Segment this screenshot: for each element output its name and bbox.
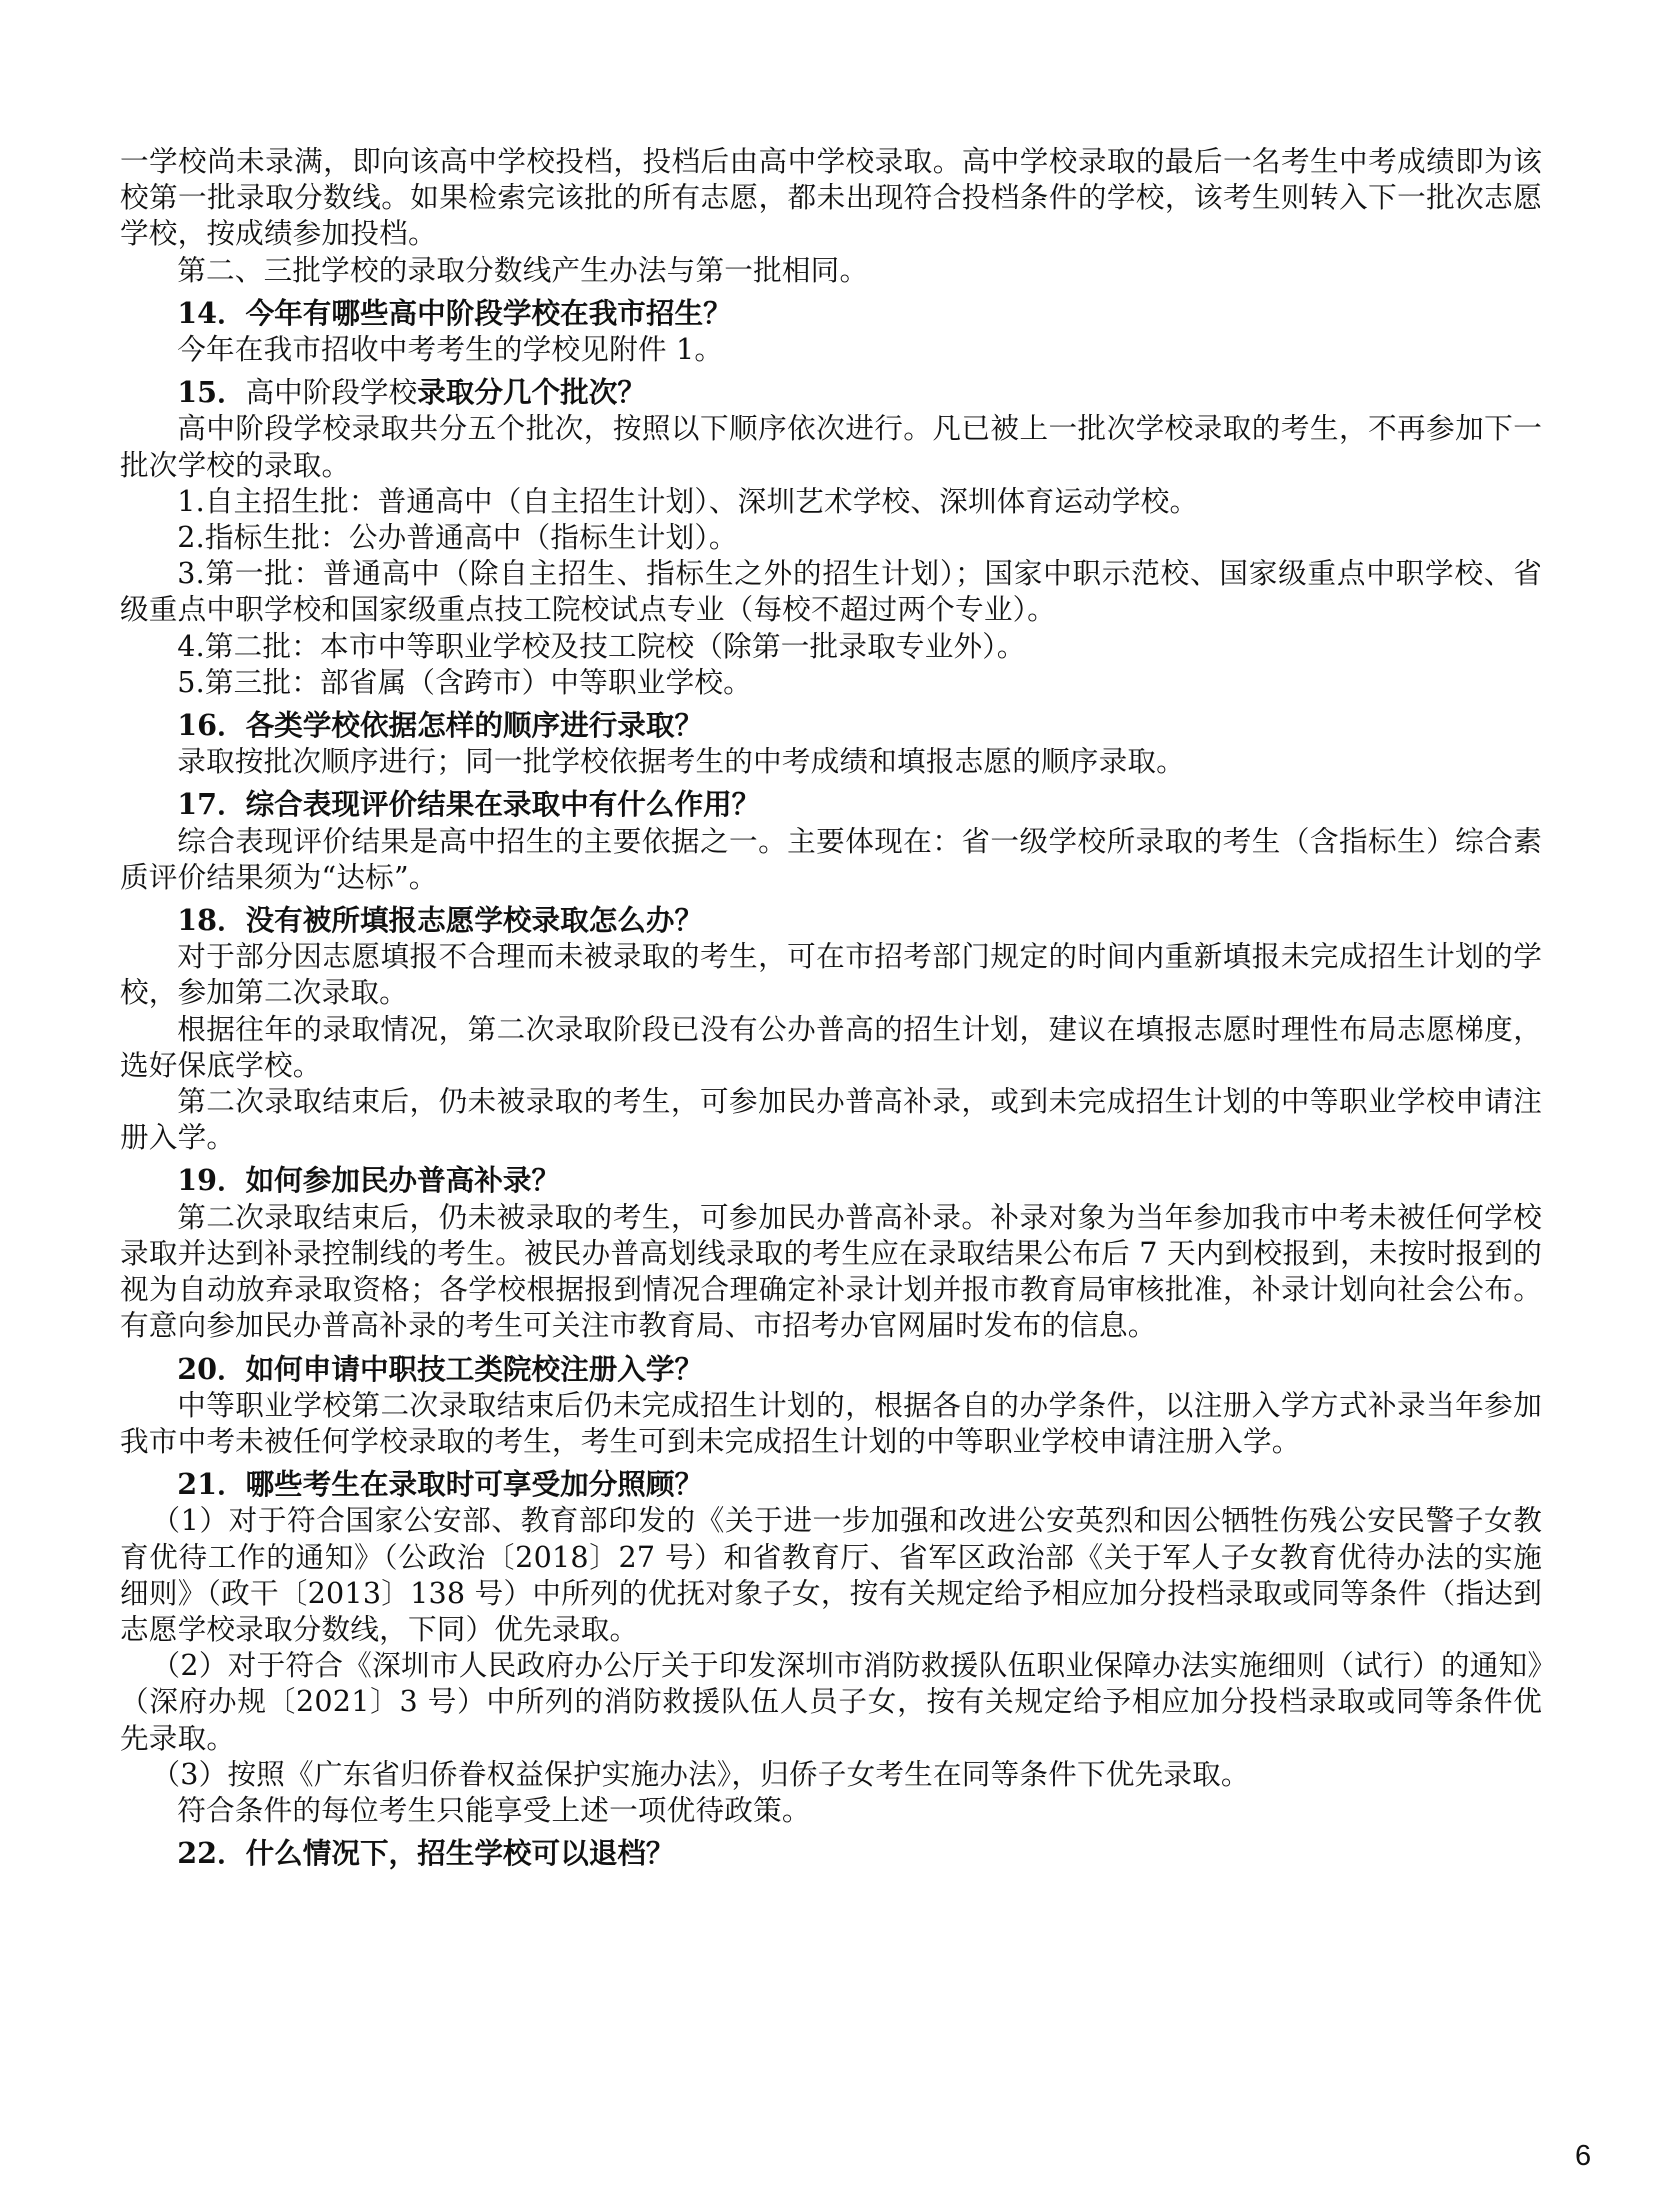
- paragraph: 第二次录取结束后，仍未被录取的考生，可参加民办普高补录。补录对象为当年参加我市中…: [120, 1199, 1542, 1344]
- section-title: 今年有哪些高中阶段学校在我市招生？: [246, 296, 732, 330]
- section-heading-20: 20．如何申请中职技工类院校注册入学？: [120, 1351, 1542, 1387]
- paragraph: 对于部分因志愿填报不合理而未被录取的考生，可在市招考部门规定的时间内重新填报未完…: [120, 938, 1542, 1010]
- section-number: 21．: [177, 1467, 245, 1501]
- section-heading-21: 21．哪些考生在录取时可享受加分照顾？: [120, 1466, 1542, 1502]
- section-heading-16: 16．各类学校依据怎样的顺序进行录取？: [120, 707, 1542, 743]
- section-title: 各类学校依据怎样的顺序进行录取？: [246, 708, 704, 742]
- section-heading-22: 22．什么情况下，招生学校可以退档？: [120, 1835, 1542, 1871]
- list-item: 4.第二批：本市中等职业学校及技工院校（除第一批录取专业外）。: [120, 628, 1542, 664]
- section-heading-14: 14．今年有哪些高中阶段学校在我市招生？: [120, 295, 1542, 331]
- page-number: 6: [1575, 2140, 1591, 2173]
- paragraph: 第二次录取结束后，仍未被录取的考生，可参加民办普高补录，或到未完成招生计划的中等…: [120, 1083, 1542, 1155]
- list-item: 1.自主招生批：普通高中（自主招生计划）、深圳艺术学校、深圳体育运动学校。: [120, 483, 1542, 519]
- paragraph-continuation: 一学校尚未录满，即向该高中学校投档，投档后由高中学校录取。高中学校录取的最后一名…: [120, 143, 1542, 252]
- paragraph: 符合条件的每位考生只能享受上述一项优待政策。: [120, 1792, 1542, 1828]
- paragraph: （2）对于符合《深圳市人民政府办公厅关于印发深圳市消防救援队伍职业保障办法实施细…: [120, 1647, 1542, 1756]
- section-title: 哪些考生在录取时可享受加分照顾？: [246, 1467, 704, 1501]
- paragraph: 根据往年的录取情况，第二次录取阶段已没有公办普高的招生计划，建议在填报志愿时理性…: [120, 1011, 1542, 1083]
- section-number: 20．: [177, 1352, 245, 1386]
- section-heading-17: 17．综合表现评价结果在录取中有什么作用？: [120, 786, 1542, 822]
- section-title: 没有被所填报志愿学校录取怎么办？: [246, 903, 704, 937]
- section-title: 综合表现评价结果在录取中有什么作用？: [246, 787, 761, 821]
- list-item: 5.第三批：部省属（含跨市）中等职业学校。: [120, 664, 1542, 700]
- section-title: 如何申请中职技工类院校注册入学？: [246, 1352, 704, 1386]
- paragraph: （3）按照《广东省归侨眷权益保护实施办法》，归侨子女考生在同等条件下优先录取。: [120, 1756, 1542, 1792]
- section-number: 16．: [177, 708, 245, 742]
- paragraph: 综合表现评价结果是高中招生的主要依据之一。主要体现在：省一级学校所录取的考生（含…: [120, 823, 1542, 895]
- section-title-normal: 高中阶段学校: [246, 375, 418, 409]
- section-number: 22．: [177, 1836, 245, 1870]
- section-number: 14．: [177, 296, 245, 330]
- section-title: 什么情况下，招生学校可以退档？: [246, 1836, 675, 1870]
- section-heading-18: 18．没有被所填报志愿学校录取怎么办？: [120, 902, 1542, 938]
- list-item: 2.指标生批：公办普通高中（指标生计划）。: [120, 519, 1542, 555]
- document-page: 一学校尚未录满，即向该高中学校投档，投档后由高中学校录取。高中学校录取的最后一名…: [120, 143, 1542, 1871]
- section-title: 如何参加民办普高补录？: [246, 1163, 561, 1197]
- section-number: 19．: [177, 1163, 245, 1197]
- section-number: 15．: [177, 375, 245, 409]
- paragraph-batch-note: 第二、三批学校的录取分数线产生办法与第一批相同。: [120, 252, 1542, 288]
- paragraph: 录取按批次顺序进行；同一批学校依据考生的中考成绩和填报志愿的顺序录取。: [120, 743, 1542, 779]
- paragraph: （1）对于符合国家公安部、教育部印发的《关于进一步加强和改进公安英烈和因公牺牲伤…: [120, 1502, 1542, 1647]
- paragraph: 中等职业学校第二次录取结束后仍未完成招生计划的，根据各自的办学条件，以注册入学方…: [120, 1387, 1542, 1459]
- section-title-bold: 录取分几个批次？: [417, 375, 646, 409]
- paragraph: 今年在我市招收中考考生的学校见附件 1。: [120, 331, 1542, 367]
- section-heading-15: 15．高中阶段学校录取分几个批次？: [120, 374, 1542, 410]
- paragraph: 高中阶段学校录取共分五个批次，按照以下顺序依次进行。凡已被上一批次学校录取的考生…: [120, 410, 1542, 482]
- section-heading-19: 19．如何参加民办普高补录？: [120, 1162, 1542, 1198]
- list-item: 3.第一批：普通高中（除自主招生、指标生之外的招生计划）；国家中职示范校、国家级…: [120, 555, 1542, 627]
- section-number: 18．: [177, 903, 245, 937]
- section-number: 17．: [177, 787, 245, 821]
